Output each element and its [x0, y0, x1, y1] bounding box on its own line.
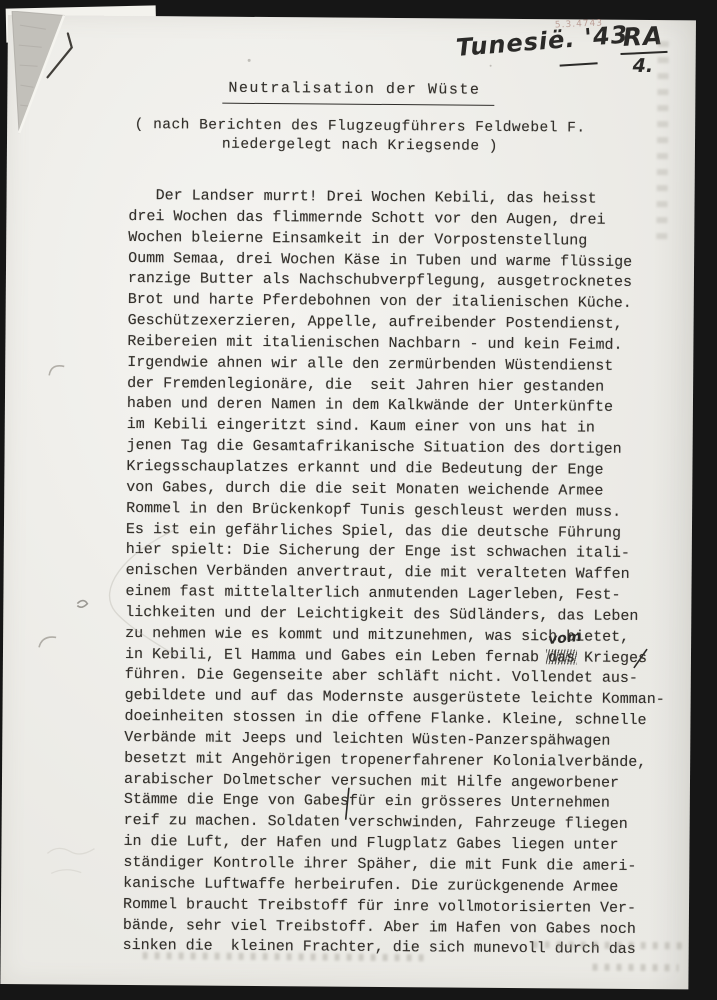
ghost-text-strip [593, 964, 679, 972]
body-text: Der Landser murrt! Drei Wochen Kebili, d… [123, 186, 669, 961]
margin-scribbles [656, 34, 669, 239]
ghost-text-strip [533, 941, 683, 949]
subtitle-line-2: niedergelegt nach Kriegsende ) [25, 134, 695, 158]
pen-stroke-icon [48, 33, 72, 77]
document-subtitle: ( nach Berichten des Flugzeugführers Fel… [7, 115, 695, 158]
ghost-text-strip [143, 952, 425, 961]
scanned-document: 5.3.4743 Tunesië. '43 RA 4. Neutralisati… [0, 0, 717, 1000]
strikethrough-mark [546, 649, 577, 664]
paper-speck [248, 59, 251, 62]
inserted-word: vom [547, 629, 582, 648]
paper-speck [490, 65, 492, 67]
year-underline [560, 62, 598, 66]
document-title: Neutralisation der Wüste [222, 80, 494, 106]
handwritten-region-year: Tunesië. '43 [455, 20, 629, 62]
document-title-wrap: Neutralisation der Wüste [7, 77, 695, 107]
paper-page: 5.3.4743 Tunesië. '43 RA 4. Neutralisati… [0, 15, 696, 989]
region-label: Tunesië. [455, 25, 576, 62]
